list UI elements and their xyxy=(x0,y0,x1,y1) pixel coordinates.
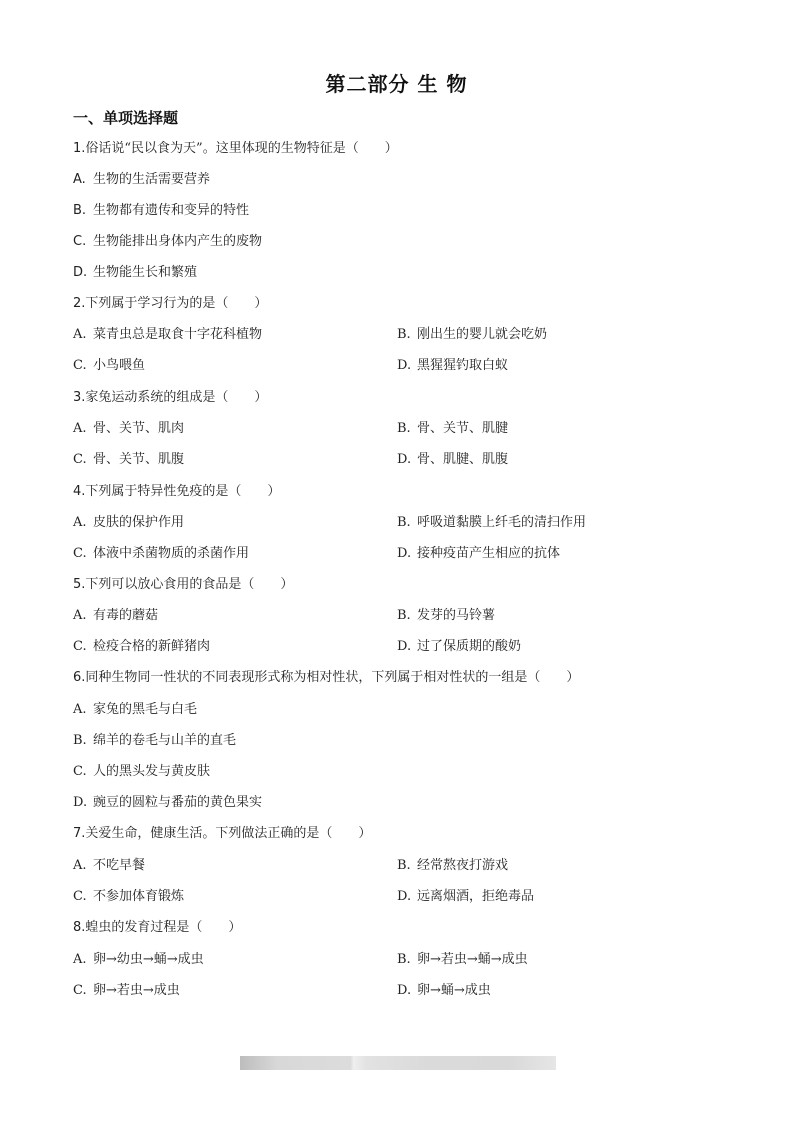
option-text: 卵→若虫→成虫 xyxy=(93,983,180,998)
option-4b: B.呼吸道黏膜上纤毛的清扫作用 xyxy=(397,515,586,531)
question-number: 4. xyxy=(73,484,85,499)
option-8c: C.卵→若虫→成虫 xyxy=(73,983,180,999)
option-2d: D.黑猩猩钓取白蚁 xyxy=(397,358,508,374)
question-2: 2.下列属于学习行为的是（ ） xyxy=(73,296,267,312)
option-text: 骨、关节、肌腹 xyxy=(93,452,184,467)
option-4d: D.接种疫苗产生相应的抗体 xyxy=(397,546,560,562)
question-text: 家兔运动系统的组成是（ ） xyxy=(85,390,267,405)
option-text: 小鸟喂鱼 xyxy=(93,358,145,373)
option-2c: C.小鸟喂鱼 xyxy=(73,358,145,374)
option-8b: B.卵→若虫→蛹→成虫 xyxy=(397,952,528,968)
question-number: 5. xyxy=(73,577,85,592)
option-text: 绵羊的卷毛与山羊的直毛 xyxy=(93,733,236,748)
option-text: 卵→若虫→蛹→成虫 xyxy=(417,952,528,967)
option-label: C. xyxy=(73,452,93,468)
option-text: 有毒的蘑菇 xyxy=(93,608,158,623)
option-7a: A.不吃早餐 xyxy=(73,858,145,874)
option-label: B. xyxy=(397,327,417,343)
option-7c: C.不参加体育锻炼 xyxy=(73,889,184,905)
option-text: 不参加体育锻炼 xyxy=(93,889,184,904)
option-label: D. xyxy=(397,452,417,468)
option-5b: B.发芽的马铃薯 xyxy=(397,608,495,624)
page-title: 第二部分 生 物 xyxy=(0,68,793,97)
question-number: 6. xyxy=(73,670,85,685)
option-label: C. xyxy=(73,983,93,999)
question-number: 2. xyxy=(73,296,85,311)
option-text: 豌豆的圆粒与番茄的黄色果实 xyxy=(93,795,262,810)
option-1d: D.生物能生长和繁殖 xyxy=(73,265,197,281)
option-label: A. xyxy=(73,172,93,188)
question-text: 下列属于特异性免疫的是（ ） xyxy=(85,484,280,499)
option-label: D. xyxy=(397,889,417,905)
option-text: 生物能生长和繁殖 xyxy=(93,265,197,280)
question-text: 同种生物同一性状的不同表现形式称为相对性状，下列属于相对性状的一组是（ ） xyxy=(85,670,579,685)
option-6c: C.人的黑头发与黄皮肤 xyxy=(73,764,210,780)
option-5a: A.有毒的蘑菇 xyxy=(73,608,158,624)
option-5c: C.检疫合格的新鲜猪肉 xyxy=(73,639,210,655)
option-3a: A.骨、关节、肌肉 xyxy=(73,421,184,437)
option-text: 骨、关节、肌肉 xyxy=(93,421,184,436)
option-6d: D.豌豆的圆粒与番茄的黄色果实 xyxy=(73,795,262,811)
question-7: 7.关爱生命，健康生活。下列做法正确的是（ ） xyxy=(73,826,371,842)
question-4: 4.下列属于特异性免疫的是（ ） xyxy=(73,484,280,500)
option-text: 骨、肌腱、肌腹 xyxy=(417,452,508,467)
option-label: A. xyxy=(73,421,93,437)
option-5d: D.过了保质期的酸奶 xyxy=(397,639,521,655)
option-1a: A.生物的生活需要营养 xyxy=(73,172,210,188)
option-label: B. xyxy=(397,515,417,531)
option-text: 检疫合格的新鲜猪肉 xyxy=(93,639,210,654)
option-text: 卵→蛹→成虫 xyxy=(417,983,491,998)
question-text: 关爱生命，健康生活。下列做法正确的是（ ） xyxy=(85,826,371,841)
option-label: C. xyxy=(73,764,93,780)
option-2b: B.刚出生的婴儿就会吃奶 xyxy=(397,327,547,343)
option-text: 发芽的马铃薯 xyxy=(417,608,495,623)
option-label: B. xyxy=(73,203,93,219)
question-3: 3.家兔运动系统的组成是（ ） xyxy=(73,390,267,406)
option-text: 呼吸道黏膜上纤毛的清扫作用 xyxy=(417,515,586,530)
option-4c: C.体液中杀菌物质的杀菌作用 xyxy=(73,546,249,562)
option-text: 经常熬夜打游戏 xyxy=(417,858,508,873)
option-label: A. xyxy=(73,515,93,531)
question-5: 5.下列可以放心食用的食品是（ ） xyxy=(73,577,293,593)
option-text: 不吃早餐 xyxy=(93,858,145,873)
question-number: 7. xyxy=(73,826,85,841)
question-text: 下列可以放心食用的食品是（ ） xyxy=(85,577,293,592)
option-text: 人的黑头发与黄皮肤 xyxy=(93,764,210,779)
option-text: 黑猩猩钓取白蚁 xyxy=(417,358,508,373)
question-number: 3. xyxy=(73,390,85,405)
option-text: 家兔的黑毛与白毛 xyxy=(93,702,197,717)
option-label: A. xyxy=(73,952,93,968)
option-label: C. xyxy=(73,358,93,374)
option-label: C. xyxy=(73,546,93,562)
option-label: B. xyxy=(397,608,417,624)
option-text: 皮肤的保护作用 xyxy=(93,515,184,530)
option-text: 卵→幼虫→蛹→成虫 xyxy=(93,952,204,967)
option-label: B. xyxy=(397,421,417,437)
option-8d: D.卵→蛹→成虫 xyxy=(397,983,491,999)
option-text: 生物能排出身体内产生的废物 xyxy=(93,234,262,249)
option-text: 刚出生的婴儿就会吃奶 xyxy=(417,327,547,342)
option-1b: B.生物都有遗传和变异的特性 xyxy=(73,203,249,219)
question-6: 6.同种生物同一性状的不同表现形式称为相对性状，下列属于相对性状的一组是（ ） xyxy=(73,670,579,686)
option-4a: A.皮肤的保护作用 xyxy=(73,515,184,531)
option-text: 菜青虫总是取食十字花科植物 xyxy=(93,327,262,342)
option-label: D. xyxy=(397,358,417,374)
option-label: B. xyxy=(397,858,417,874)
option-text: 骨、关节、肌腱 xyxy=(417,421,508,436)
question-text: 下列属于学习行为的是（ ） xyxy=(85,296,267,311)
option-label: C. xyxy=(73,639,93,655)
option-text: 生物都有遗传和变异的特性 xyxy=(93,203,249,218)
option-6a: A.家兔的黑毛与白毛 xyxy=(73,702,197,718)
question-number: 8. xyxy=(73,920,85,935)
option-1c: C.生物能排出身体内产生的废物 xyxy=(73,234,262,250)
option-3c: C.骨、关节、肌腹 xyxy=(73,452,184,468)
option-text: 接种疫苗产生相应的抗体 xyxy=(417,546,560,561)
option-text: 过了保质期的酸奶 xyxy=(417,639,521,654)
option-3b: B.骨、关节、肌腱 xyxy=(397,421,508,437)
option-2a: A.菜青虫总是取食十字花科植物 xyxy=(73,327,262,343)
option-label: A. xyxy=(73,702,93,718)
option-label: B. xyxy=(73,733,93,749)
option-text: 远离烟酒，拒绝毒品 xyxy=(417,889,534,904)
question-text: 俗话说“民以食为天”。这里体现的生物特征是（ ） xyxy=(85,141,397,156)
section-heading: 一、单项选择题 xyxy=(73,107,178,128)
question-8: 8.蝗虫的发育过程是（ ） xyxy=(73,920,241,936)
option-label: D. xyxy=(73,795,93,811)
option-label: B. xyxy=(397,952,417,968)
question-number: 1. xyxy=(73,141,85,156)
option-label: A. xyxy=(73,327,93,343)
option-label: D. xyxy=(397,983,417,999)
option-label: D. xyxy=(73,265,93,281)
option-3d: D.骨、肌腱、肌腹 xyxy=(397,452,508,468)
option-label: A. xyxy=(73,858,93,874)
option-text: 生物的生活需要营养 xyxy=(93,172,210,187)
option-label: A. xyxy=(73,608,93,624)
option-8a: A.卵→幼虫→蛹→成虫 xyxy=(73,952,204,968)
question-1: 1.俗话说“民以食为天”。这里体现的生物特征是（ ） xyxy=(73,141,398,157)
option-label: C. xyxy=(73,234,93,250)
option-7b: B.经常熬夜打游戏 xyxy=(397,858,508,874)
option-7d: D.远离烟酒，拒绝毒品 xyxy=(397,889,534,905)
option-label: D. xyxy=(397,639,417,655)
option-6b: B.绵羊的卷毛与山羊的直毛 xyxy=(73,733,236,749)
option-text: 体液中杀菌物质的杀菌作用 xyxy=(93,546,249,561)
blurred-footer-watermark xyxy=(240,1056,556,1070)
option-label: C. xyxy=(73,889,93,905)
question-text: 蝗虫的发育过程是（ ） xyxy=(85,920,241,935)
option-label: D. xyxy=(397,546,417,562)
